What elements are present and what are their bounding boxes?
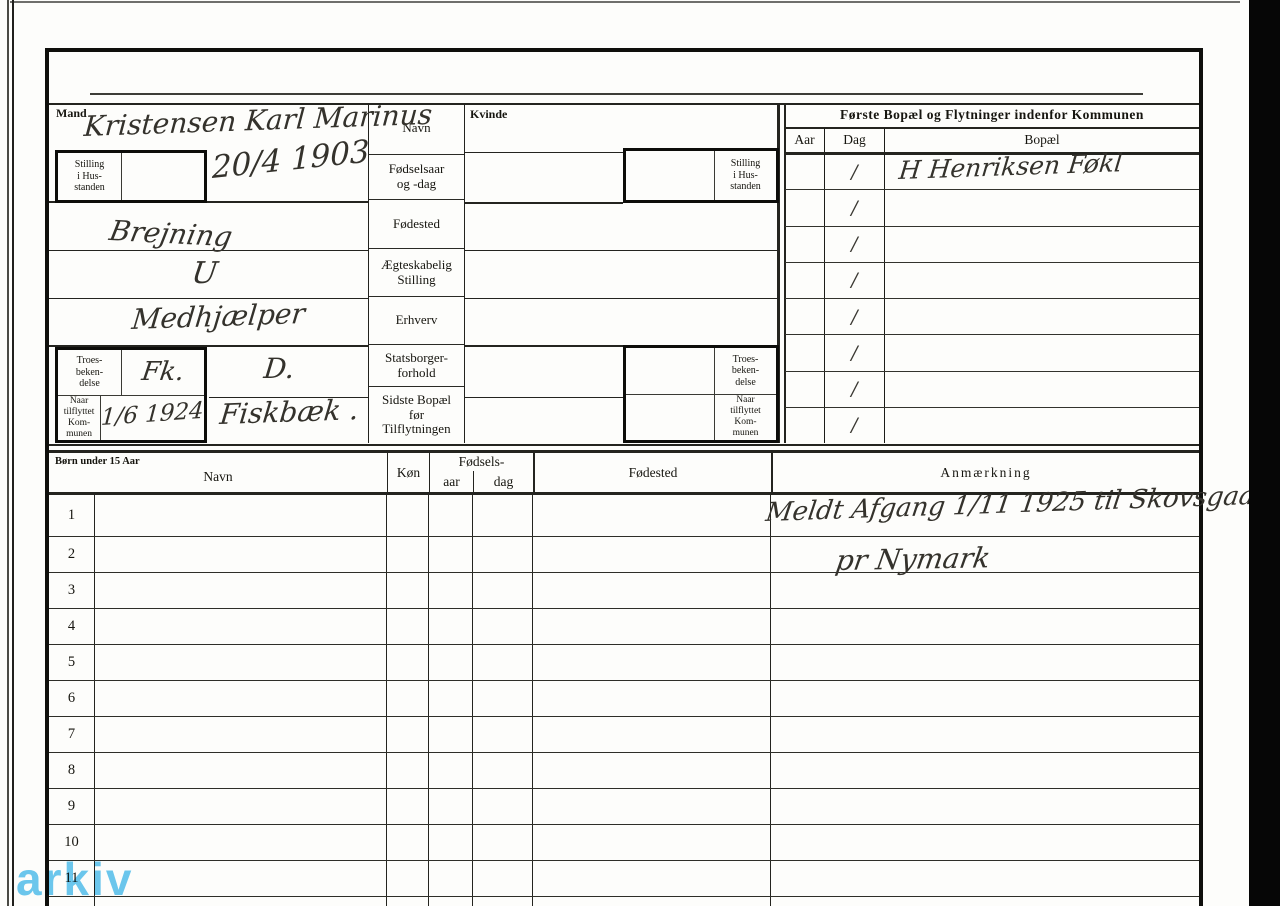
kvinde-stilling-label: Stilling i Hus- standen — [714, 151, 776, 200]
moves-col-dag: Dag — [825, 128, 885, 152]
kvinde-troes-label: Troes- beken- delse — [714, 348, 776, 394]
kvinde-stilling-box: Stilling i Hus- standen — [623, 148, 779, 203]
children-table-header: Børn under 15 Aar Navn Køn Fødsels- aar … — [49, 453, 1199, 492]
aar-cell — [429, 753, 473, 788]
moves-row: / — [785, 227, 1199, 263]
moves-bopael-cell — [885, 227, 1199, 262]
moves-row: / — [785, 190, 1199, 226]
navn-cell — [95, 609, 387, 644]
kvinde-naar-value — [626, 395, 714, 441]
grid-line — [465, 152, 623, 153]
aar-cell — [429, 495, 473, 536]
koen-cell — [387, 825, 429, 860]
moves-aar-cell — [785, 263, 825, 298]
scan-left-edge-line — [7, 0, 9, 906]
foedested-cell — [533, 789, 771, 824]
anmaerkning-cell — [771, 753, 1199, 788]
aar-cell — [429, 861, 473, 896]
children-col-dag: dag — [474, 471, 533, 492]
row-number: 3 — [49, 573, 95, 608]
field-label-erhverv: Erhverv — [369, 297, 464, 345]
grid-line — [465, 298, 777, 299]
koen-cell — [387, 495, 429, 536]
moves-dag-cell: / — [825, 190, 885, 225]
header-writing-line — [90, 93, 1143, 95]
aar-cell — [429, 717, 473, 752]
aar-cell — [429, 825, 473, 860]
mand-stilling-box: Stilling i Hus- standen — [55, 150, 207, 203]
foedested-cell — [533, 897, 771, 906]
koen-cell — [387, 681, 429, 716]
moves-col-aar: Aar — [785, 128, 825, 152]
navn-cell — [95, 645, 387, 680]
koen-cell — [387, 717, 429, 752]
moves-row: / — [785, 299, 1199, 335]
anmaerkning-cell — [771, 573, 1199, 608]
moves-bopael-cell — [885, 335, 1199, 370]
scan-right-black-band — [1249, 0, 1280, 906]
moves-row: / — [785, 372, 1199, 408]
kvinde-troes-naar-box: Troes- beken- delse Naar tilflyttet Kom-… — [623, 345, 779, 443]
moves-col-bopael: Bopæl — [885, 128, 1199, 152]
foedested-cell — [533, 681, 771, 716]
mand-troes-label: Troes- beken- delse — [58, 350, 122, 395]
moves-table-body: / H Henriksen Føkl / / / / / — [785, 154, 1199, 443]
dag-cell — [473, 789, 533, 824]
moves-bopael-cell — [885, 408, 1199, 443]
grid-line — [465, 345, 623, 347]
mand-last-residence-handwriting: Fiskbæk . — [218, 393, 360, 431]
moves-row: / — [785, 335, 1199, 371]
aar-cell — [429, 681, 473, 716]
foedested-cell — [533, 825, 771, 860]
children-row: 11 — [49, 861, 1199, 897]
aar-cell — [429, 897, 473, 906]
moves-bopael-cell — [885, 190, 1199, 225]
koen-cell — [387, 861, 429, 896]
moves-panel-title: Første Bopæl og Flytninger indenfor Komm… — [785, 104, 1199, 126]
koen-cell — [387, 609, 429, 644]
row-number: 8 — [49, 753, 95, 788]
dag-cell — [473, 825, 533, 860]
mand-troes-naar-box: Troes- beken- delse Fk. Naar tilflyttet … — [55, 347, 207, 443]
children-row: 5 — [49, 645, 1199, 681]
moves-dag-cell: / — [825, 372, 885, 407]
aar-cell — [429, 789, 473, 824]
row-number: 7 — [49, 717, 95, 752]
foedested-cell — [533, 609, 771, 644]
kvinde-naar-label: Naar tilflyttet Kom- munen — [714, 395, 776, 441]
foedested-cell — [533, 645, 771, 680]
row-number: 6 — [49, 681, 95, 716]
moves-bopael-handwriting: H Henriksen Føkl — [897, 148, 1123, 185]
anmaerkning-cell — [771, 717, 1199, 752]
navn-cell — [95, 753, 387, 788]
dag-cell — [473, 645, 533, 680]
anmaerkning-cell — [771, 789, 1199, 824]
children-col-koen: Køn — [387, 453, 429, 492]
moves-aar-cell — [785, 190, 825, 225]
dag-cell — [473, 861, 533, 896]
children-row: 4 — [49, 609, 1199, 645]
moves-aar-cell — [785, 372, 825, 407]
foedested-cell — [533, 753, 771, 788]
dag-cell — [473, 753, 533, 788]
annotation-handwriting-line2: pr Nymark — [833, 541, 992, 577]
mand-stilling-label: Stilling i Hus- standen — [58, 153, 122, 200]
koen-cell — [387, 897, 429, 906]
koen-cell — [387, 573, 429, 608]
section-divider — [49, 444, 1199, 446]
moves-dag-cell: / — [825, 335, 885, 370]
row-number: 5 — [49, 645, 95, 680]
anmaerkning-cell — [771, 897, 1199, 906]
navn-cell — [95, 861, 387, 896]
mand-marital-handwriting: U — [190, 256, 220, 291]
navn-cell — [95, 573, 387, 608]
moves-dag-cell: / — [825, 227, 885, 262]
foedested-cell — [533, 537, 771, 572]
grid-line — [465, 397, 623, 398]
children-table-body: 1 2 3 4 5 6 — [49, 495, 1199, 906]
children-row: 2 — [49, 537, 1199, 573]
koen-cell — [387, 645, 429, 680]
children-col-foedsels: Fødsels- — [430, 453, 533, 471]
moves-bopael-cell: H Henriksen Føkl — [885, 154, 1199, 189]
row-number: 4 — [49, 609, 95, 644]
moves-dag-cell: / — [825, 154, 885, 189]
kvinde-stilling-value — [626, 151, 714, 200]
navn-cell — [95, 897, 387, 906]
children-row: 3 — [49, 573, 1199, 609]
children-foedsels-group: Fødsels- aar dag — [429, 453, 533, 492]
children-header-navn-area: Børn under 15 Aar Navn — [49, 453, 387, 492]
moves-aar-cell — [785, 227, 825, 262]
anmaerkning-cell — [771, 825, 1199, 860]
mand-section-label: Mand — [56, 106, 87, 121]
aar-cell — [429, 609, 473, 644]
field-label-column: Navn Fødselsaar og -dag Fødested Ægteska… — [368, 103, 465, 443]
kvinde-troes-value — [626, 348, 714, 394]
mand-stilling-value — [122, 153, 204, 200]
grid-line — [465, 250, 777, 251]
dag-cell — [473, 537, 533, 572]
moves-row: / H Henriksen Føkl — [785, 154, 1199, 190]
koen-cell — [387, 753, 429, 788]
row-number: 2 — [49, 537, 95, 572]
field-label-statsborger: Statsborger- forhold — [369, 345, 464, 387]
foedested-cell — [533, 717, 771, 752]
moves-header-row: Aar Dag Bopæl — [785, 128, 1199, 152]
foedested-cell — [533, 861, 771, 896]
moves-bopael-cell — [885, 263, 1199, 298]
navn-cell — [95, 717, 387, 752]
mand-naar-label: Naar tilflyttet Kom- munen — [58, 396, 101, 441]
kvinde-section-label: Kvinde — [470, 107, 507, 122]
dag-cell — [473, 495, 533, 536]
children-row-partial — [49, 897, 1199, 906]
navn-cell — [95, 495, 387, 536]
grid-line — [49, 298, 368, 299]
anmaerkning-cell — [771, 861, 1199, 896]
mand-naar-value: 1/6 1924 — [101, 396, 204, 441]
aar-cell — [429, 537, 473, 572]
dag-cell — [473, 897, 533, 906]
moves-aar-cell — [785, 299, 825, 334]
row-number: 1 — [49, 495, 95, 536]
mand-troes-value: Fk. — [122, 350, 204, 395]
moves-dag-cell: / — [825, 299, 885, 334]
archive-watermark: arkiv — [16, 852, 133, 906]
children-col-aar: aar — [430, 471, 474, 492]
moves-aar-cell — [785, 154, 825, 189]
mand-occupation-handwriting: Medhjælper — [130, 297, 306, 336]
aar-cell — [429, 645, 473, 680]
aar-cell — [429, 573, 473, 608]
navn-cell — [95, 681, 387, 716]
moves-aar-cell — [785, 408, 825, 443]
koen-cell — [387, 537, 429, 572]
moves-bopael-cell — [885, 299, 1199, 334]
dag-cell — [473, 681, 533, 716]
field-label-foedested: Fødested — [369, 200, 464, 249]
moves-row: / — [785, 263, 1199, 299]
moves-dag-cell: / — [825, 263, 885, 298]
foedested-cell — [533, 495, 771, 536]
field-label-aegteskabelig: Ægteskabelig Stilling — [369, 249, 464, 297]
anmaerkning-cell — [771, 645, 1199, 680]
koen-cell — [387, 789, 429, 824]
navn-cell — [95, 825, 387, 860]
children-row: 10 — [49, 825, 1199, 861]
foedested-cell — [533, 573, 771, 608]
scanned-registration-card: Mand Kristensen Karl Marinus 20/4 1903 B… — [0, 0, 1280, 906]
moves-row: / — [785, 408, 1199, 443]
children-row: 8 — [49, 753, 1199, 789]
children-col-navn: Navn — [203, 469, 232, 485]
field-label-foedselsaar: Fødselsaar og -dag — [369, 155, 464, 200]
moves-bopael-cell — [885, 372, 1199, 407]
moves-aar-cell — [785, 335, 825, 370]
grid-line — [465, 202, 623, 204]
children-row: 9 — [49, 789, 1199, 825]
anmaerkning-cell — [771, 681, 1199, 716]
moves-dag-cell: / — [825, 408, 885, 443]
anmaerkning-cell — [771, 609, 1199, 644]
children-row: 7 — [49, 717, 1199, 753]
dag-cell — [473, 573, 533, 608]
mand-citizenship-handwriting: D. — [262, 352, 296, 385]
row-number: 9 — [49, 789, 95, 824]
dag-cell — [473, 609, 533, 644]
children-col-foedested: Fødested — [533, 453, 771, 492]
field-label-sidste-bopael: Sidste Bopæl før Tilflytningen — [369, 387, 464, 443]
navn-cell — [95, 537, 387, 572]
dag-cell — [473, 717, 533, 752]
children-row: 6 — [49, 681, 1199, 717]
navn-cell — [95, 789, 387, 824]
scan-left-edge-line — [12, 0, 14, 906]
children-corner-label: Børn under 15 Aar — [55, 456, 140, 467]
scan-top-edge-line — [10, 1, 1240, 3]
mand-birthplace-handwriting: Brejning — [107, 214, 235, 253]
